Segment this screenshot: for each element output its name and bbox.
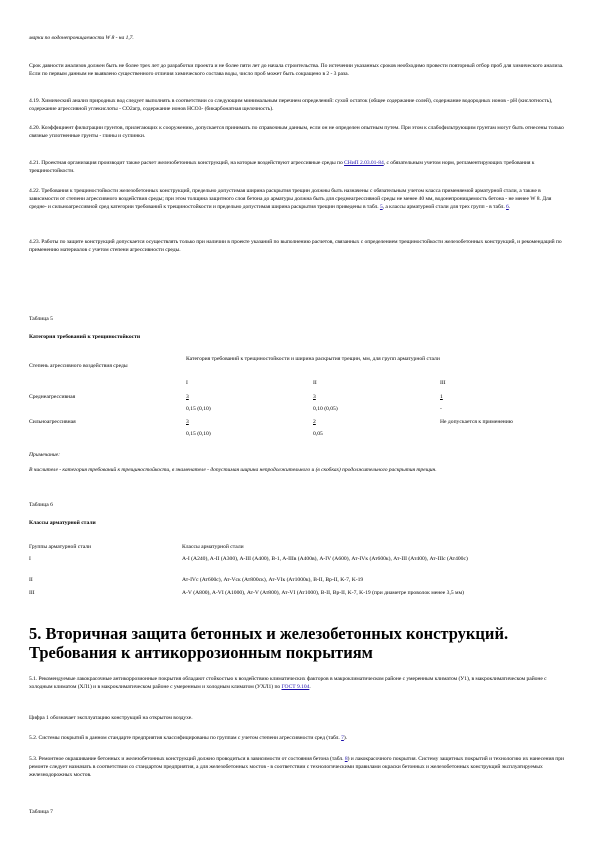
paragraph-5-3: 5.3. Ремонтное окрашивание бетонных и же…: [29, 755, 569, 779]
paragraph-4-20: 4.20. Коэффициент фильтрации грунтов, пр…: [29, 124, 569, 140]
text: .: [309, 684, 310, 690]
table-5-group: I: [186, 379, 188, 387]
table-5-width: 0,15 (0,10): [186, 430, 211, 438]
text: 4.21. Проектная организация производит т…: [29, 160, 344, 166]
table-6-group: III: [29, 589, 35, 597]
text: ).: [344, 735, 347, 741]
link-gost-9-104[interactable]: ГОСТ 9.104: [282, 684, 310, 690]
paragraph-4-19: 4.19. Химический анализ природных вод сл…: [29, 97, 569, 113]
table-5-cat: 3: [313, 393, 316, 401]
table-5-group: II: [313, 379, 317, 387]
table-5-head-left: Степень агрессивного воздействия среды: [29, 362, 159, 370]
table-7-caption: Таблица 7: [29, 808, 53, 816]
paragraph-sroki: Срок давности анализов должен быть не бо…: [29, 62, 569, 78]
table-6-classes: Ат-IVс (Ат600с), Ат-Vск (Ат800ск), Ат-VI…: [182, 576, 562, 584]
table-5-title: Категория требований к трещиностойкости: [29, 333, 140, 341]
paragraph-5-2: 5.2. Системы покрытий в данном стандарте…: [29, 734, 569, 742]
document-page: марки по водонепроницаемости W 8 - на 1,…: [0, 0, 595, 842]
table-6-head-left: Группы арматурной стали: [29, 543, 91, 551]
table-6-title: Классы арматурной стали: [29, 519, 96, 527]
table-5-caption: Таблица 5: [29, 315, 53, 323]
table-5-cat: 1: [440, 393, 443, 401]
paragraph-4-22: 4.22. Требования к трещиностойкости желе…: [29, 187, 569, 211]
paragraph-digit-1: Цифра 1 обозначает эксплуатацию конструк…: [29, 714, 569, 722]
section-5-heading: 5. Вторичная защита бетонных и железобет…: [29, 624, 569, 662]
table-6-head-right: Классы арматурной стали: [182, 543, 244, 551]
table-5-row-label: Сильноагрессивная: [29, 418, 76, 426]
table-6-group: I: [29, 555, 31, 563]
table-5-note-title: Примечание:: [29, 451, 60, 459]
paragraph-4-21: 4.21. Проектная организация производит т…: [29, 159, 569, 175]
table-5-head-right: Категория требований к трещиностойкости …: [186, 355, 556, 363]
text: 5.3. Ремонтное окрашивание бетонных и же…: [29, 756, 345, 762]
table-6-classes: A-I (A240), A-II (A300), A-III (A400), B…: [182, 555, 562, 563]
table-5-cat: 2: [313, 418, 316, 426]
text: .: [509, 204, 510, 210]
table-5-note-text: В числителе - категория требований к тре…: [29, 466, 569, 474]
table-6-group: II: [29, 576, 33, 584]
paragraph-4-23: 4.23. Работы по защите конструкций допус…: [29, 238, 569, 254]
table-6-classes: A-V (A800), A-VI (A1000), Ат-V (Ат800), …: [182, 589, 562, 597]
table-5-cat: 3: [186, 393, 189, 401]
table-6-caption: Таблица 6: [29, 501, 53, 509]
table-5-cat: 3: [186, 418, 189, 426]
table-5-row-label: Среднеагрессивная: [29, 393, 75, 401]
text: , а классы арматурной стали для трех гру…: [383, 204, 506, 210]
table-5-width: -: [440, 405, 442, 413]
top-fragment: марки по водонепроницаемости W 8 - на 1,…: [29, 34, 569, 42]
table-5-group: III: [440, 379, 446, 387]
table-5-width: 0,10 (0,05): [313, 405, 338, 413]
paragraph-5-1: 5.1. Рекомендуемые лакокрасочные антикор…: [29, 675, 569, 691]
table-5-cat: Не допускается к применению: [440, 418, 513, 426]
table-5-width: 0,15 (0,10): [186, 405, 211, 413]
text: 5.2. Системы покрытий в данном стандарте…: [29, 735, 341, 741]
table-5-width: 0,05: [313, 430, 323, 438]
link-snip-2-03-01-84[interactable]: СНиП 2.03.01-84: [344, 160, 384, 166]
